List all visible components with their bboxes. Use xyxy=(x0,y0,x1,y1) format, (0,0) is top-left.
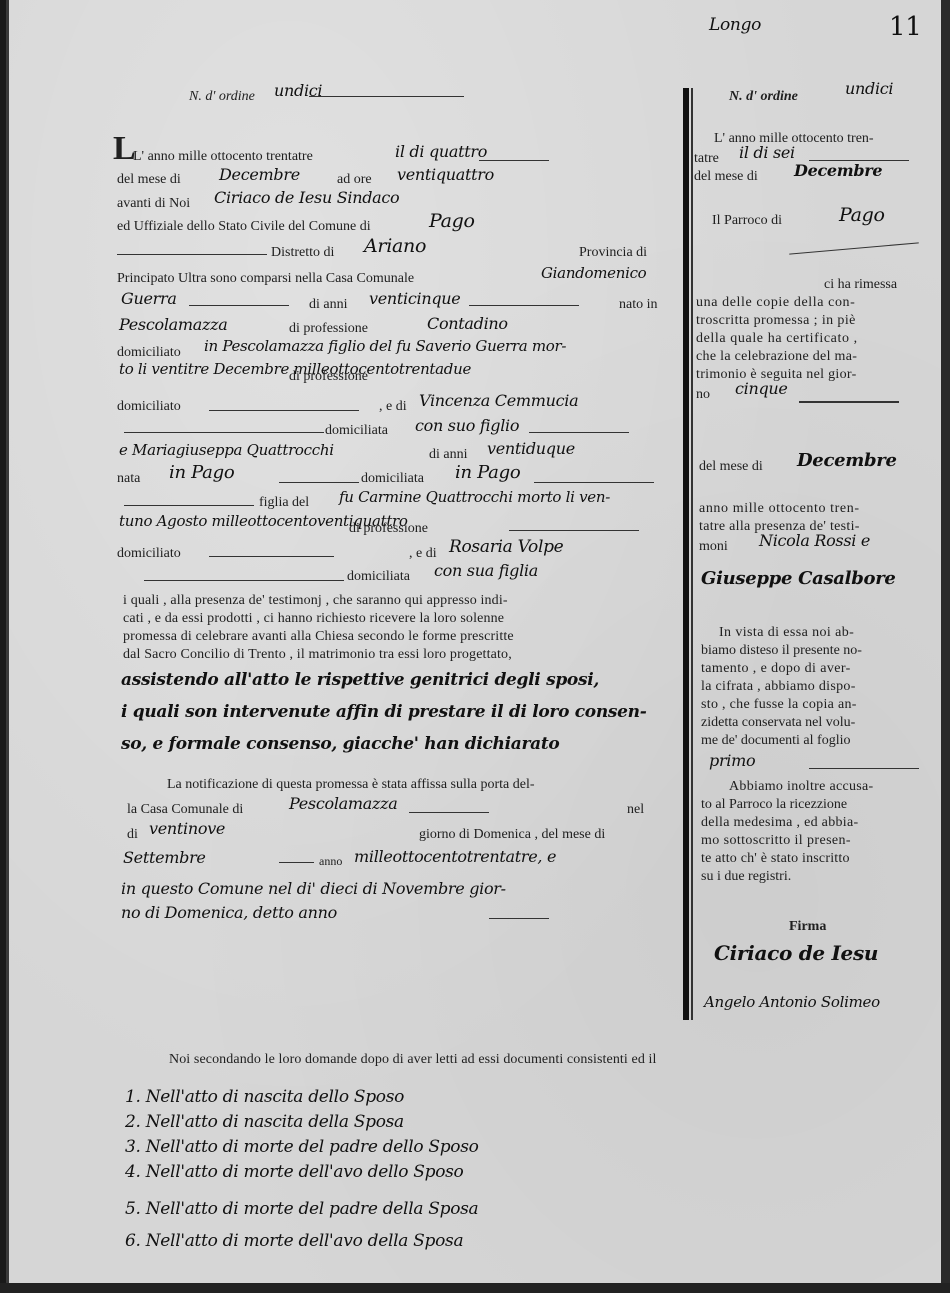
page-edge-bottom xyxy=(0,1283,950,1293)
column-divider-thin xyxy=(691,88,693,1020)
order-value: undici xyxy=(845,80,893,98)
hand-bride-birthplace: in Pago xyxy=(169,464,234,482)
document-item: 6. Nell'atto di morte dell'avo della Spo… xyxy=(125,1232,463,1250)
hand-wedding-day: cinque xyxy=(735,380,788,398)
hand-bride-mother: Rosaria Volpe xyxy=(449,538,563,556)
addendum-line: assistendo all'atto le rispettive genitr… xyxy=(121,671,599,689)
print-text: che la celebrazione del ma- xyxy=(696,348,857,366)
addendum-line: i quali son intervenute affin di prestar… xyxy=(121,703,647,721)
print-text: anno mille ottocento tren- xyxy=(699,500,860,518)
print-text: di professione xyxy=(289,368,368,386)
print-text: me de' documenti al foglio xyxy=(701,732,850,750)
top-annotation: Longo xyxy=(709,16,761,34)
hand-folio: primo xyxy=(709,752,755,770)
print-text: L' anno mille ottocento trentatre xyxy=(133,148,313,166)
hand-bride-father: fu Carmine Quattrocchi morto li ven- xyxy=(339,488,610,506)
paragraph-line: dal Sacro Concilio di Trento , il matrim… xyxy=(123,646,512,664)
print-text: Principato Ultra sono comparsi nella Cas… xyxy=(117,270,414,288)
print-text: nato in xyxy=(619,296,658,314)
print-text: troscritta promessa ; in piè xyxy=(696,312,856,330)
print-text: ed Uffiziale dello Stato Civile del Comu… xyxy=(117,218,371,236)
hand-posting-day: ventinove xyxy=(149,820,225,838)
hand-posting-year: milleottocentotrentatre, e xyxy=(354,848,556,866)
print-text: la Casa Comunale di xyxy=(127,801,243,819)
print-text: Distretto di xyxy=(271,244,334,262)
hand-groom-age: venticinque xyxy=(369,290,460,308)
order-label: N. d' ordine xyxy=(189,88,255,106)
print-text: domiciliata xyxy=(347,568,410,586)
hand-month: Decembre xyxy=(794,162,882,180)
print-text: Noi secondando le loro domande dopo di a… xyxy=(169,1051,657,1069)
print-text: mo sottoscritto il presen- xyxy=(701,832,851,850)
hand-official: Ciriaco de Iesu Sindaco xyxy=(214,189,399,207)
print-text: Il Parroco di xyxy=(712,212,782,230)
paragraph-line: promessa di celebrare avanti alla Chiesa… xyxy=(123,628,514,646)
print-text: anno xyxy=(319,852,342,870)
signature-secretary: Angelo Antonio Solimeo xyxy=(704,993,880,1011)
hand-bride-age: ventiduque xyxy=(487,440,575,458)
column-divider xyxy=(683,88,689,1020)
document-item: 3. Nell'atto di morte del padre dello Sp… xyxy=(125,1138,479,1156)
print-text: nata xyxy=(117,470,140,488)
hand-witness-2: Giuseppe Casalbore xyxy=(701,570,896,588)
print-text: La notificazione di questa promessa è st… xyxy=(167,776,535,794)
print-text: Provincia di xyxy=(579,244,647,262)
hand-groom-father: in Pescolamazza figlio del fu Saverio Gu… xyxy=(204,337,566,355)
document-page: Longo 11 N. d' ordine undici L L' anno m… xyxy=(6,0,944,1283)
print-text: domiciliato xyxy=(117,398,181,416)
hand-parish: Pago xyxy=(839,206,885,224)
paragraph-line: i quali , alla presenza de' testimonj , … xyxy=(123,592,508,610)
print-text: di professione xyxy=(289,320,368,338)
hand-mother-residence: con suo figlio xyxy=(415,417,519,435)
page-edge-right xyxy=(941,0,950,1293)
print-text: avanti di Noi xyxy=(117,195,190,213)
document-item: 1. Nell'atto di nascita dello Sposo xyxy=(125,1088,404,1106)
hand-second-posting-cont: no di Domenica, detto anno xyxy=(121,904,337,922)
hand-posting-place: Pescolamazza xyxy=(289,795,398,813)
hand-district: Ariano xyxy=(364,237,426,255)
hand-date: il di quattro xyxy=(395,143,487,161)
print-text: ad ore xyxy=(337,171,372,189)
print-text: su i due registri. xyxy=(701,868,791,886)
hand-wedding-month: Decembre xyxy=(797,452,897,470)
document-item: 4. Nell'atto di morte dell'avo dello Spo… xyxy=(125,1163,464,1181)
hand-groom-mother: Vincenza Cemmucia xyxy=(419,392,578,410)
order-value: undici xyxy=(274,82,322,100)
hand-bride-residence: in Pago xyxy=(455,464,520,482)
hand-date: il di sei xyxy=(739,144,795,162)
print-text: to al Parroco la ricezzione xyxy=(701,796,847,814)
print-text: la cifrata , abbiamo dispo- xyxy=(701,678,856,696)
print-text: sto , che fusse la copia an- xyxy=(701,696,857,714)
hand-posting-month: Settembre xyxy=(123,849,206,867)
print-text: zidetta conservata nel volu- xyxy=(701,714,855,732)
print-text: di anni xyxy=(309,296,348,314)
print-text: In vista di essa noi ab- xyxy=(719,624,854,642)
print-text: tamento , e dopo di aver- xyxy=(701,660,851,678)
print-text: moni xyxy=(699,538,728,556)
print-text: Abbiamo inoltre accusa- xyxy=(729,778,874,796)
print-text: del mese di xyxy=(117,171,181,189)
hand-groom-name: Giandomenico xyxy=(541,264,646,282)
print-text: della quale ha certificato , xyxy=(696,330,858,348)
print-text: della medesima , ed abbia- xyxy=(701,814,858,832)
hand-commune: Pago xyxy=(429,212,475,230)
print-text: , e di xyxy=(409,545,437,563)
signature-mayor: Ciriaco de Iesu xyxy=(714,944,878,962)
hand-bride-name: e Mariagiuseppa Quattrocchi xyxy=(119,441,334,459)
print-text: domiciliata xyxy=(325,422,388,440)
print-text: tatre xyxy=(694,150,719,168)
print-text: nel xyxy=(627,801,644,819)
hand-bride-mother-residence: con sua figlia xyxy=(434,562,538,580)
print-text: domiciliato xyxy=(117,545,181,563)
document-item: 5. Nell'atto di morte del padre della Sp… xyxy=(125,1200,478,1218)
print-text: ci ha rimessa xyxy=(824,276,897,294)
hand-profession: Contadino xyxy=(427,315,508,333)
hand-second-posting: in questo Comune nel di' dieci di Novemb… xyxy=(121,880,506,898)
hand-witness-1: Nicola Rossi e xyxy=(759,532,870,550)
hand-birthplace: Pescolamazza xyxy=(119,316,228,334)
print-text: , e di xyxy=(379,398,407,416)
print-text: del mese di xyxy=(694,168,758,186)
hand-hour: ventiquattro xyxy=(397,166,494,184)
order-label: N. d' ordine xyxy=(729,88,798,106)
print-text: biamo disteso il presente no- xyxy=(701,642,862,660)
addendum-line: so, e formale consenso, giacche' han dic… xyxy=(121,735,559,753)
print-text: giorno di Domenica , del mese di xyxy=(419,826,605,844)
print-text: domiciliata xyxy=(361,470,424,488)
signature-label: Firma xyxy=(789,918,826,936)
print-text: no xyxy=(696,386,710,404)
hand-month: Decembre xyxy=(219,166,300,184)
document-item: 2. Nell'atto di nascita della Sposa xyxy=(125,1113,404,1131)
print-text: una delle copie della con- xyxy=(696,294,855,312)
paragraph-line: cati , e da essi prodotti , ci hanno ric… xyxy=(123,610,504,628)
print-text: di professione xyxy=(349,520,428,538)
print-text: te atto ch' è stato inscritto xyxy=(701,850,850,868)
print-text: figlia del xyxy=(259,494,309,512)
print-text: di xyxy=(127,826,138,844)
page-number: 11 xyxy=(889,18,921,36)
print-text: del mese di xyxy=(699,458,763,476)
hand-groom-surname: Guerra xyxy=(121,290,177,308)
